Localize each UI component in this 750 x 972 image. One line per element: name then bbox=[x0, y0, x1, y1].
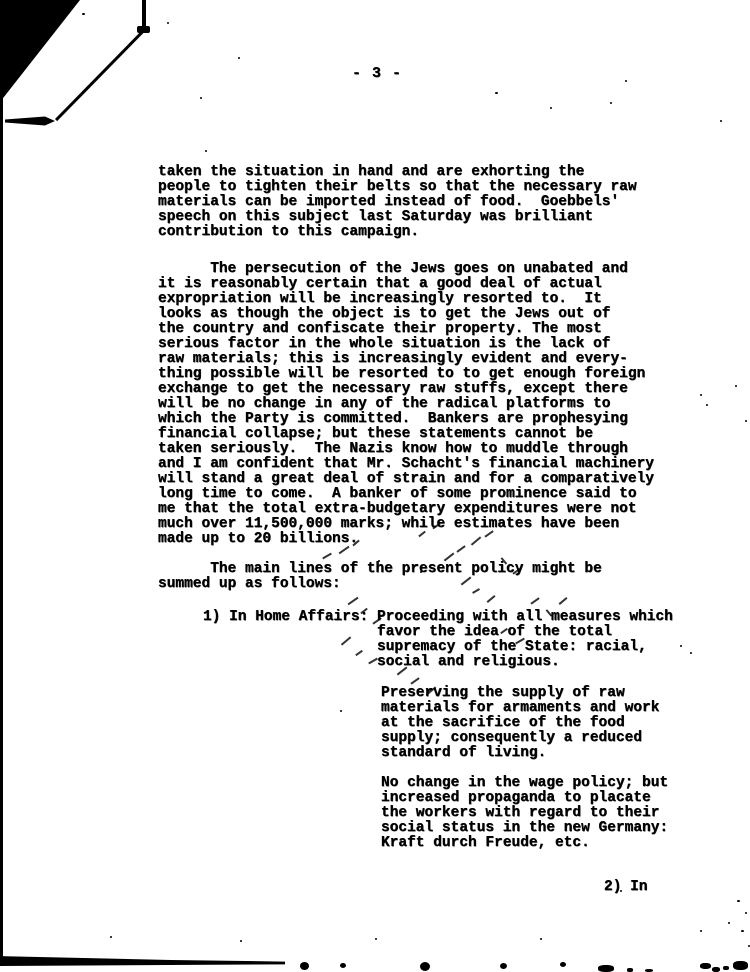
cutoff-text-blob bbox=[733, 961, 748, 970]
scan-bottom-edge-bar bbox=[0, 955, 285, 966]
paragraph-3: The main lines of the present policy mig… bbox=[158, 562, 602, 592]
stamp-dash-mark bbox=[322, 553, 332, 560]
scan-margin-mark bbox=[5, 116, 55, 126]
scan-speckle bbox=[550, 107, 552, 109]
scan-speckle bbox=[300, 962, 309, 970]
scan-speckle bbox=[82, 13, 85, 15]
scan-speckle bbox=[238, 57, 240, 59]
scan-speckle bbox=[741, 930, 744, 932]
scan-speckle bbox=[700, 394, 702, 396]
cutoff-text-blob bbox=[598, 965, 614, 972]
scan-speckle bbox=[745, 420, 747, 422]
scan-speckle bbox=[737, 900, 740, 902]
cutoff-text-blob bbox=[712, 967, 720, 972]
scan-speckle bbox=[720, 120, 722, 122]
scan-speckle bbox=[700, 930, 702, 932]
scan-speckle bbox=[745, 912, 747, 914]
cutoff-text-blob bbox=[700, 963, 711, 969]
scan-speckle bbox=[540, 938, 542, 940]
paragraph-1: taken the situation in hand and are exho… bbox=[158, 165, 637, 240]
scan-speckle bbox=[340, 963, 346, 968]
list-item-wage-policy: No change in the wage policy; but increa… bbox=[381, 776, 668, 851]
scan-speckle bbox=[690, 652, 692, 654]
scan-speckle bbox=[495, 92, 498, 94]
scan-speckle bbox=[340, 710, 342, 712]
scan-speckle bbox=[240, 940, 242, 942]
page-number: - 3 - bbox=[352, 66, 402, 81]
catchword: 2) In bbox=[604, 880, 648, 895]
scan-speckle bbox=[625, 80, 627, 82]
stamp-dash-mark bbox=[410, 677, 419, 684]
stamp-dash-mark bbox=[487, 595, 496, 603]
scan-speckle bbox=[375, 938, 377, 940]
cutoff-text-blob bbox=[723, 966, 729, 970]
scan-speckle bbox=[706, 404, 708, 406]
scan-speckle bbox=[728, 922, 730, 924]
stamp-dash-mark bbox=[559, 597, 568, 605]
stamp-dash-mark bbox=[530, 597, 539, 604]
stamp-dash-mark bbox=[348, 597, 359, 605]
paragraph-2: The persecution of the Jews goes on unab… bbox=[158, 262, 654, 547]
scan-speckle bbox=[680, 645, 682, 647]
scan-speckle bbox=[560, 962, 566, 967]
scanned-document-page: - 3 - taken the situation in hand and ar… bbox=[0, 0, 750, 972]
stamp-dash-mark bbox=[444, 552, 455, 561]
scan-speckle bbox=[500, 963, 507, 969]
list-item-raw-materials: Preserving the supply of raw materials f… bbox=[381, 686, 659, 761]
scan-corner-fold-artifact bbox=[0, 0, 80, 102]
scan-speckle bbox=[110, 936, 112, 938]
scan-speckle bbox=[205, 150, 207, 152]
scan-edge-blob bbox=[137, 26, 150, 33]
scan-left-edge-line bbox=[0, 0, 3, 958]
list-item-home-affairs: 1) In Home Affairs: Proceeding with all … bbox=[203, 610, 673, 670]
scan-speckle bbox=[735, 385, 737, 387]
cutoff-text-blob bbox=[627, 968, 633, 972]
scan-speckle bbox=[420, 962, 430, 971]
scan-speckle bbox=[167, 22, 169, 24]
scan-speckle bbox=[610, 102, 612, 104]
scan-speckle bbox=[200, 97, 202, 99]
